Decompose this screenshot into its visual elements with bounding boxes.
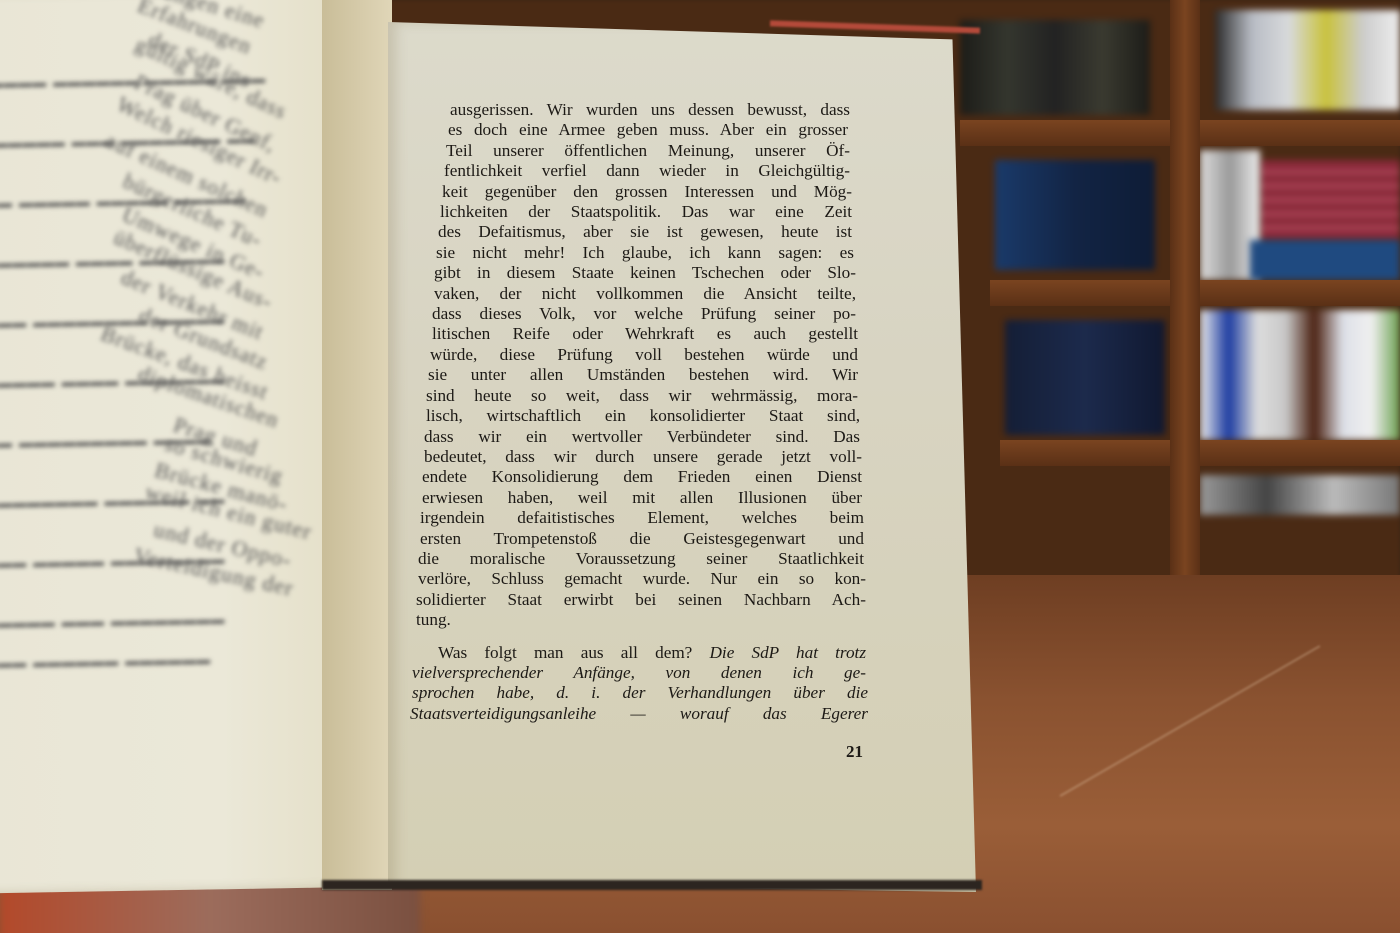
roman-text: Was folgt man aus all dem?	[438, 643, 692, 662]
books-color-lower	[1200, 310, 1400, 440]
text-line: litischen Reife oder Wehrkraft es auch g…	[410, 324, 858, 344]
text-line: lisch, wirtschaftlich ein konsolidierter…	[410, 406, 860, 426]
book-bottom-edge	[322, 880, 982, 890]
left-line-blur: ━━━━━━ ━━━━ ━━━━━━━	[0, 369, 225, 399]
text-line: ersten Trompetenstoß die Geistesgegenwar…	[410, 529, 864, 549]
text-line: vaken, der nicht vollkommen die Ansicht …	[410, 284, 856, 304]
text-line: dass dieses Volk, vor welche Prüfung sei…	[410, 304, 856, 324]
italic-line: vielversprechender Anfänge, von denen ic…	[410, 663, 866, 683]
shelf-post	[1170, 0, 1200, 580]
photo-scene: rungen eine Erfahrungen der SdP ins gült…	[0, 0, 1400, 933]
text-line: es doch eine Armee geben muss. Aber ein …	[410, 120, 848, 140]
text-line: Teil unserer öffentlichen Meinung, unser…	[410, 141, 850, 161]
paragraph-2: Was folgt man aus all dem? Die SdP hat t…	[410, 643, 870, 725]
left-line-blur: ━━━━ ━━━━━━ ━━━━━━	[0, 649, 211, 679]
books-dark-top	[960, 20, 1150, 115]
text-line: des Defaitismus, aber sie ist gewesen, h…	[410, 222, 852, 242]
text-line: verlöre, Schluss gemacht wurde. Nur ein …	[410, 569, 866, 589]
paragraph-1: ausgerissen. Wir wurden uns dessen bewus…	[410, 100, 870, 631]
left-page-text: rungen eine Erfahrungen der SdP ins gült…	[0, 0, 370, 714]
left-line-blur: ━━━ ━━━━━ ━━━━━ ━━━━━	[0, 189, 246, 220]
shelf-plank	[1000, 440, 1400, 466]
books-red-middle	[1260, 160, 1400, 240]
text-line: ausgerissen. Wir wurden uns dessen bewus…	[410, 100, 850, 120]
text-line: fentlichkeit verfiel dann wieder in Glei…	[410, 161, 850, 181]
page-number: 21	[846, 742, 863, 762]
books-blue-bottom-shelf	[1250, 240, 1400, 280]
books-navy-lower	[1005, 320, 1165, 435]
italic-text: Die SdP hat trotz	[710, 643, 867, 662]
italic-line: sprochen habe, d. i. der Verhandlungen ü…	[410, 683, 868, 703]
text-line: sie unter allen Umständen bestehen wird.…	[410, 365, 858, 385]
left-line-blur: ━━━━━━━ ━━━━ ━━━━━━	[0, 249, 225, 279]
text-line: sie nicht mehr! Ich glaube, ich kann sag…	[410, 243, 854, 263]
books-blue-middle	[995, 160, 1155, 270]
text-line: die moralische Voraussetzung seiner Staa…	[410, 549, 864, 569]
text-line: keit gegenüber den grossen Interessen un…	[410, 182, 852, 202]
text-line: lichkeiten der Staatspolitik. Das war ei…	[410, 202, 852, 222]
left-line-blur: ━━━━ ━━━━━ ━━━━━━━━	[0, 549, 225, 579]
books-light-top	[1215, 10, 1400, 110]
text-line: endete Konsolidierung dem Frieden einen …	[410, 467, 862, 487]
right-page-text: ausgerissen. Wir wurden uns dessen bewus…	[410, 100, 870, 724]
text-line: irgendein defaitistisches Element, welch…	[410, 508, 864, 528]
page-gutter	[322, 0, 392, 890]
text-line: solidierter Staat erwirbt bei seinen Nac…	[410, 590, 866, 610]
left-line-blur: ━━━━━━ ━━━ ━━━━━━━━	[0, 609, 225, 639]
text-line: tung.	[410, 610, 870, 630]
text-line: bedeutet, dass wir durch unsere gerade j…	[410, 447, 862, 467]
text-line: erwiesen haben, weil mit allen Illusione…	[410, 488, 862, 508]
text-line: würde, diese Prüfung voll bestehen würde…	[410, 345, 858, 365]
text-line: gibt in diesem Staate keinen Tschechen o…	[410, 263, 856, 283]
left-line-blur: ━━━━ ━━━━━━━━ ━━━━━	[0, 309, 225, 339]
left-line-blur: ━━━━━━ ━━━ ━━━━━━━ ━━	[0, 129, 256, 160]
left-line-blur: ━━━ ━━━━━━━━━ ━━━━	[0, 429, 211, 459]
left-line-blur: ━━━━━━━━━ ━━━━━━ ━━	[0, 489, 225, 519]
books-bottom	[1200, 475, 1400, 515]
text-line: Was folgt man aus all dem? Die SdP hat t…	[410, 643, 866, 663]
text-line: sind heute so weit, dass wir wehrmässig,…	[410, 386, 858, 406]
left-line-blur: ━━━━ ━━━━━━ ━━━━━ ━━━	[0, 69, 266, 100]
text-line: dass wir ein wertvoller Verbündeter sind…	[410, 427, 860, 447]
italic-line: Staatsverteidigungsanleihe — worauf das …	[410, 704, 868, 724]
